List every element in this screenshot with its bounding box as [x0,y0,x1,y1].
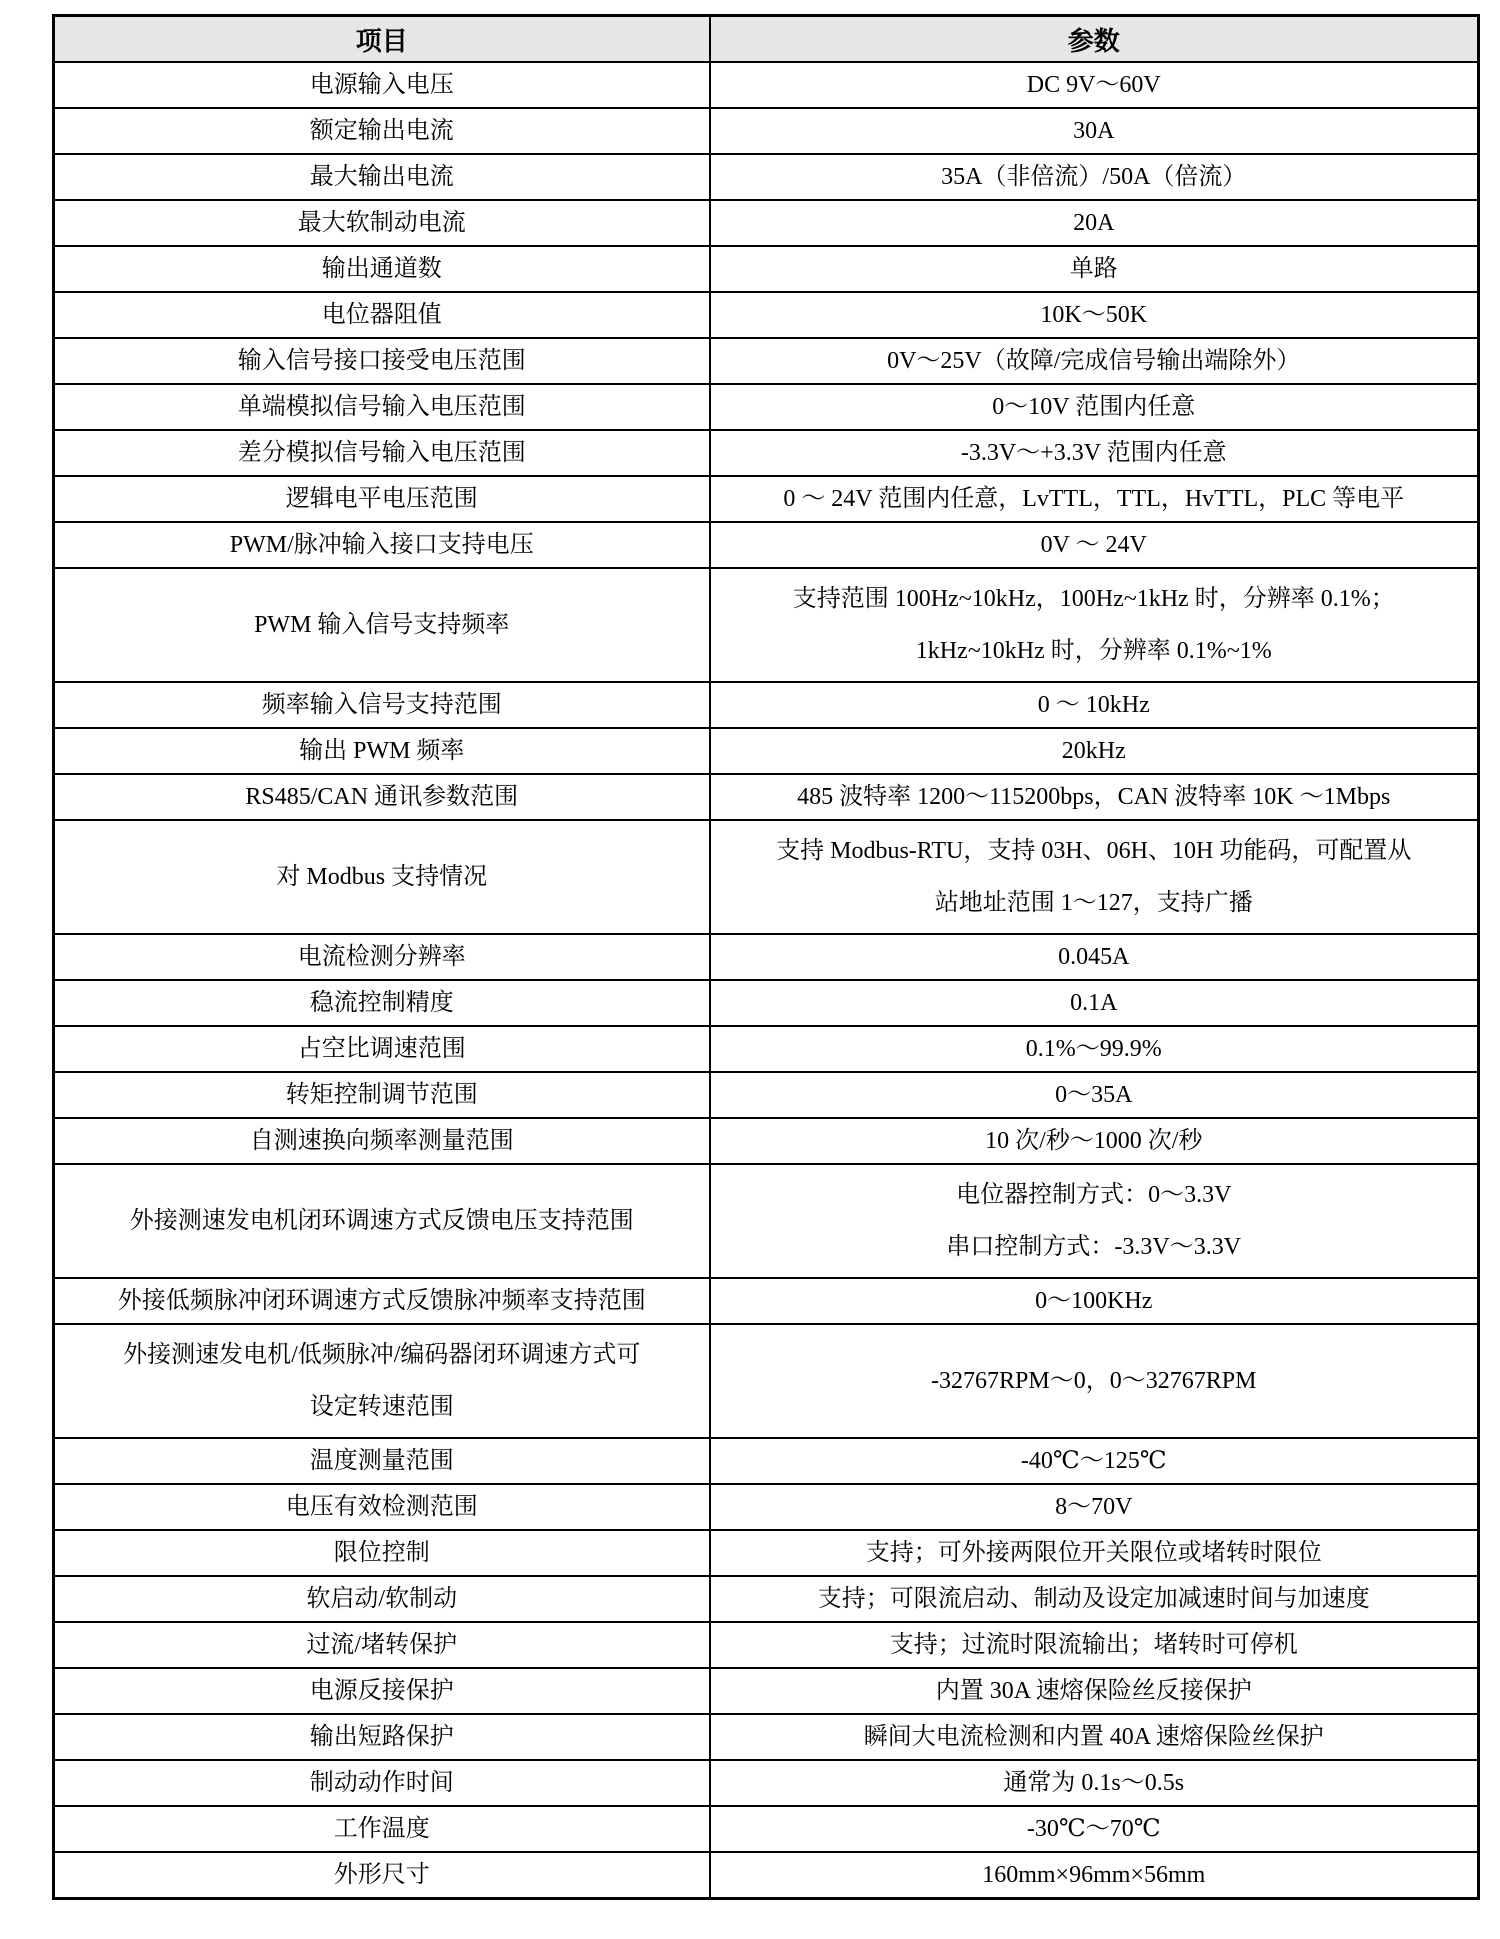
item-cell: 占空比调速范围 [54,1026,710,1072]
param-cell: 0.045A [710,934,1479,980]
table-row: 输出 PWM 频率20kHz [54,728,1479,774]
param-cell: -32767RPM～0，0～32767RPM [710,1324,1479,1438]
item-cell-line: 对 Modbus 支持情况 [65,851,699,903]
table-row: 稳流控制精度0.1A [54,980,1479,1026]
table-row: 外接测速发电机/低频脉冲/编码器闭环调速方式可设定转速范围-32767RPM～0… [54,1324,1479,1438]
param-cell: 0V～25V（故障/完成信号输出端除外） [710,338,1479,384]
item-cell: 差分模拟信号输入电压范围 [54,430,710,476]
param-cell-line: 8～70V [721,1492,1468,1522]
param-cell: 10 次/秒～1000 次/秒 [710,1118,1479,1164]
table-row: 电流检测分辨率0.045A [54,934,1479,980]
item-cell: 输出通道数 [54,246,710,292]
param-cell: 8～70V [710,1484,1479,1530]
item-cell: 工作温度 [54,1806,710,1852]
table-row: 制动动作时间通常为 0.1s～0.5s [54,1760,1479,1806]
item-cell-line: 占空比调速范围 [65,1034,699,1064]
item-cell: 电位器阻值 [54,292,710,338]
table-row: 软启动/软制动支持；可限流启动、制动及设定加减速时间与加速度 [54,1576,1479,1622]
param-cell: 0～35A [710,1072,1479,1118]
param-cell-line: 0V～25V（故障/完成信号输出端除外） [721,346,1468,376]
table-row: 自测速换向频率测量范围10 次/秒～1000 次/秒 [54,1118,1479,1164]
table-row: 电源反接保护内置 30A 速熔保险丝反接保护 [54,1668,1479,1714]
param-cell-line: -32767RPM～0，0～32767RPM [721,1355,1468,1407]
item-cell: PWM/脉冲输入接口支持电压 [54,522,710,568]
param-cell-line: 支持；可限流启动、制动及设定加减速时间与加速度 [721,1584,1468,1614]
spec-table: 项目 参数 电源输入电压DC 9V～60V额定输出电流30A最大输出电流35A（… [52,14,1480,1900]
item-cell-line: 转矩控制调节范围 [65,1080,699,1110]
param-cell: 20A [710,200,1479,246]
table-row: 输出通道数单路 [54,246,1479,292]
spec-table-head: 项目 参数 [54,16,1479,63]
item-cell-line: 外接低频脉冲闭环调速方式反馈脉冲频率支持范围 [65,1286,699,1316]
column-header-item: 项目 [54,16,710,63]
param-cell-line: 20A [721,208,1468,238]
param-cell-line: 单路 [721,254,1468,284]
param-cell: 瞬间大电流检测和内置 40A 速熔保险丝保护 [710,1714,1479,1760]
param-cell-line: 0.1A [721,988,1468,1018]
param-cell-line: 0 ～ 10kHz [721,690,1468,720]
item-cell-line: 最大软制动电流 [65,208,699,238]
item-cell-line: 稳流控制精度 [65,988,699,1018]
item-cell: 最大软制动电流 [54,200,710,246]
item-cell-line: 电位器阻值 [65,300,699,330]
item-cell-line: 频率输入信号支持范围 [65,690,699,720]
item-cell-line: 最大输出电流 [65,162,699,192]
param-cell-line: 0～100KHz [721,1286,1468,1316]
item-cell: 温度测量范围 [54,1438,710,1484]
item-cell-line: 输出 PWM 频率 [65,736,699,766]
table-row: 输出短路保护瞬间大电流检测和内置 40A 速熔保险丝保护 [54,1714,1479,1760]
param-cell: 0V ～ 24V [710,522,1479,568]
item-cell: 输入信号接口接受电压范围 [54,338,710,384]
param-cell-line: 0～10V 范围内任意 [721,392,1468,422]
item-cell: 电源输入电压 [54,62,710,108]
param-cell: 支持；可外接两限位开关限位或堵转时限位 [710,1530,1479,1576]
item-cell: 单端模拟信号输入电压范围 [54,384,710,430]
param-cell: 35A（非倍流）/50A（倍流） [710,154,1479,200]
item-cell-line: 额定输出电流 [65,116,699,146]
table-row: 频率输入信号支持范围0 ～ 10kHz [54,682,1479,728]
item-cell: 软启动/软制动 [54,1576,710,1622]
param-cell-line: 瞬间大电流检测和内置 40A 速熔保险丝保护 [721,1722,1468,1752]
param-cell-line: 支持；过流时限流输出；堵转时可停机 [721,1630,1468,1660]
item-cell: 电源反接保护 [54,1668,710,1714]
document-page: 项目 参数 电源输入电压DC 9V～60V额定输出电流30A最大输出电流35A（… [0,0,1500,1939]
item-cell-line: 自测速换向频率测量范围 [65,1126,699,1156]
header-row: 项目 参数 [54,16,1479,63]
param-cell: 内置 30A 速熔保险丝反接保护 [710,1668,1479,1714]
item-cell: PWM 输入信号支持频率 [54,568,710,682]
param-cell: 通常为 0.1s～0.5s [710,1760,1479,1806]
item-cell: 外接测速发电机闭环调速方式反馈电压支持范围 [54,1164,710,1278]
param-cell-line: 电位器控制方式：0～3.3V [721,1169,1468,1221]
item-cell-line: 电源反接保护 [65,1676,699,1706]
param-cell: 20kHz [710,728,1479,774]
item-cell: 最大输出电流 [54,154,710,200]
item-cell-line: 软启动/软制动 [65,1584,699,1614]
param-cell: 支持 Modbus-RTU，支持 03H、06H、10H 功能码，可配置从站地址… [710,820,1479,934]
param-cell: -30℃～70℃ [710,1806,1479,1852]
column-header-param: 参数 [710,16,1479,63]
table-row: 占空比调速范围0.1%～99.9% [54,1026,1479,1072]
item-cell: 自测速换向频率测量范围 [54,1118,710,1164]
table-row: 额定输出电流30A [54,108,1479,154]
item-cell: 外接测速发电机/低频脉冲/编码器闭环调速方式可设定转速范围 [54,1324,710,1438]
item-cell: 电压有效检测范围 [54,1484,710,1530]
item-cell-line: 输出短路保护 [65,1722,699,1752]
param-cell-line: 内置 30A 速熔保险丝反接保护 [721,1676,1468,1706]
item-cell-line: 逻辑电平电压范围 [65,484,699,514]
item-cell-line: 限位控制 [65,1538,699,1568]
param-cell-line: -3.3V～+3.3V 范围内任意 [721,438,1468,468]
table-row: 工作温度-30℃～70℃ [54,1806,1479,1852]
param-cell-line: 30A [721,116,1468,146]
param-cell-line: -40℃～125℃ [721,1446,1468,1476]
item-cell: 转矩控制调节范围 [54,1072,710,1118]
param-cell-line: 10 次/秒～1000 次/秒 [721,1126,1468,1156]
param-cell: 0.1A [710,980,1479,1026]
item-cell: 限位控制 [54,1530,710,1576]
param-cell-line: 支持范围 100Hz~10kHz，100Hz~1kHz 时，分辨率 0.1%； [721,573,1468,625]
param-cell: 电位器控制方式：0～3.3V串口控制方式：-3.3V～3.3V [710,1164,1479,1278]
table-row: 差分模拟信号输入电压范围-3.3V～+3.3V 范围内任意 [54,430,1479,476]
item-cell-line: 单端模拟信号输入电压范围 [65,392,699,422]
table-row: 最大输出电流35A（非倍流）/50A（倍流） [54,154,1479,200]
param-cell-line: 支持；可外接两限位开关限位或堵转时限位 [721,1538,1468,1568]
table-row: 输入信号接口接受电压范围0V～25V（故障/完成信号输出端除外） [54,338,1479,384]
param-cell-line: DC 9V～60V [721,70,1468,100]
param-cell: 0～10V 范围内任意 [710,384,1479,430]
item-cell-line: PWM 输入信号支持频率 [65,599,699,651]
table-row: 过流/堵转保护支持；过流时限流输出；堵转时可停机 [54,1622,1479,1668]
item-cell-line: 制动动作时间 [65,1768,699,1798]
param-cell-line: 串口控制方式：-3.3V～3.3V [721,1221,1468,1273]
table-row: 电源输入电压DC 9V～60V [54,62,1479,108]
param-cell: 160mm×96mm×56mm [710,1852,1479,1899]
param-cell-line: 0.045A [721,942,1468,972]
param-cell-line: -30℃～70℃ [721,1814,1468,1844]
item-cell-line: 外接测速发电机/低频脉冲/编码器闭环调速方式可 [65,1329,699,1381]
item-cell-line: 输入信号接口接受电压范围 [65,346,699,376]
table-row: 单端模拟信号输入电压范围0～10V 范围内任意 [54,384,1479,430]
item-cell-line: 电源输入电压 [65,70,699,100]
table-row: 转矩控制调节范围0～35A [54,1072,1479,1118]
param-cell-line: 20kHz [721,736,1468,766]
param-cell: DC 9V～60V [710,62,1479,108]
table-row: RS485/CAN 通讯参数范围485 波特率 1200～115200bps，C… [54,774,1479,820]
item-cell-line: 工作温度 [65,1814,699,1844]
item-cell: 制动动作时间 [54,1760,710,1806]
param-cell: 支持范围 100Hz~10kHz，100Hz~1kHz 时，分辨率 0.1%；1… [710,568,1479,682]
item-cell: 稳流控制精度 [54,980,710,1026]
param-cell-line: 0 ～ 24V 范围内任意，LvTTL，TTL，HvTTL，PLC 等电平 [721,484,1468,514]
item-cell: 输出短路保护 [54,1714,710,1760]
param-cell-line: 0V ～ 24V [721,530,1468,560]
param-cell-line: 0～35A [721,1080,1468,1110]
item-cell-line: 输出通道数 [65,254,699,284]
table-row: 最大软制动电流20A [54,200,1479,246]
param-cell: 30A [710,108,1479,154]
item-cell: 外接低频脉冲闭环调速方式反馈脉冲频率支持范围 [54,1278,710,1324]
item-cell-line: 差分模拟信号输入电压范围 [65,438,699,468]
param-cell: -3.3V～+3.3V 范围内任意 [710,430,1479,476]
item-cell: 输出 PWM 频率 [54,728,710,774]
table-row: 外形尺寸160mm×96mm×56mm [54,1852,1479,1899]
param-cell-line: 通常为 0.1s～0.5s [721,1768,1468,1798]
table-row: PWM 输入信号支持频率支持范围 100Hz~10kHz，100Hz~1kHz … [54,568,1479,682]
spec-table-body: 电源输入电压DC 9V～60V额定输出电流30A最大输出电流35A（非倍流）/5… [54,62,1479,1899]
table-row: 电位器阻值10K～50K [54,292,1479,338]
param-cell-line: 0.1%～99.9% [721,1034,1468,1064]
table-row: 限位控制支持；可外接两限位开关限位或堵转时限位 [54,1530,1479,1576]
table-row: 对 Modbus 支持情况支持 Modbus-RTU，支持 03H、06H、10… [54,820,1479,934]
item-cell-line: 外形尺寸 [65,1860,699,1890]
param-cell: 支持；可限流启动、制动及设定加减速时间与加速度 [710,1576,1479,1622]
item-cell: RS485/CAN 通讯参数范围 [54,774,710,820]
item-cell: 频率输入信号支持范围 [54,682,710,728]
item-cell: 过流/堵转保护 [54,1622,710,1668]
param-cell-line: 站地址范围 1～127，支持广播 [721,877,1468,929]
table-row: 逻辑电平电压范围0 ～ 24V 范围内任意，LvTTL，TTL，HvTTL，PL… [54,476,1479,522]
table-row: 外接低频脉冲闭环调速方式反馈脉冲频率支持范围0～100KHz [54,1278,1479,1324]
param-cell: 0 ～ 10kHz [710,682,1479,728]
item-cell-line: RS485/CAN 通讯参数范围 [65,782,699,812]
param-cell: 单路 [710,246,1479,292]
item-cell-line: 外接测速发电机闭环调速方式反馈电压支持范围 [65,1195,699,1247]
param-cell-line: 支持 Modbus-RTU，支持 03H、06H、10H 功能码，可配置从 [721,825,1468,877]
param-cell-line: 35A（非倍流）/50A（倍流） [721,162,1468,192]
param-cell-line: 10K～50K [721,300,1468,330]
item-cell-line: 过流/堵转保护 [65,1630,699,1660]
item-cell: 外形尺寸 [54,1852,710,1899]
param-cell: 支持；过流时限流输出；堵转时可停机 [710,1622,1479,1668]
table-row: 外接测速发电机闭环调速方式反馈电压支持范围电位器控制方式：0～3.3V串口控制方… [54,1164,1479,1278]
param-cell: 0～100KHz [710,1278,1479,1324]
param-cell-line: 485 波特率 1200～115200bps，CAN 波特率 10K ～1Mbp… [721,782,1468,812]
item-cell-line: 设定转速范围 [65,1381,699,1433]
table-row: PWM/脉冲输入接口支持电压0V ～ 24V [54,522,1479,568]
table-row: 温度测量范围-40℃～125℃ [54,1438,1479,1484]
item-cell: 额定输出电流 [54,108,710,154]
item-cell-line: PWM/脉冲输入接口支持电压 [65,530,699,560]
param-cell: 485 波特率 1200～115200bps，CAN 波特率 10K ～1Mbp… [710,774,1479,820]
item-cell: 电流检测分辨率 [54,934,710,980]
item-cell: 对 Modbus 支持情况 [54,820,710,934]
item-cell-line: 电流检测分辨率 [65,942,699,972]
table-row: 电压有效检测范围8～70V [54,1484,1479,1530]
param-cell: -40℃～125℃ [710,1438,1479,1484]
item-cell: 逻辑电平电压范围 [54,476,710,522]
param-cell: 10K～50K [710,292,1479,338]
param-cell-line: 1kHz~10kHz 时，分辨率 0.1%~1% [721,625,1468,677]
item-cell-line: 温度测量范围 [65,1446,699,1476]
item-cell-line: 电压有效检测范围 [65,1492,699,1522]
param-cell-line: 160mm×96mm×56mm [721,1860,1468,1890]
param-cell: 0 ～ 24V 范围内任意，LvTTL，TTL，HvTTL，PLC 等电平 [710,476,1479,522]
param-cell: 0.1%～99.9% [710,1026,1479,1072]
